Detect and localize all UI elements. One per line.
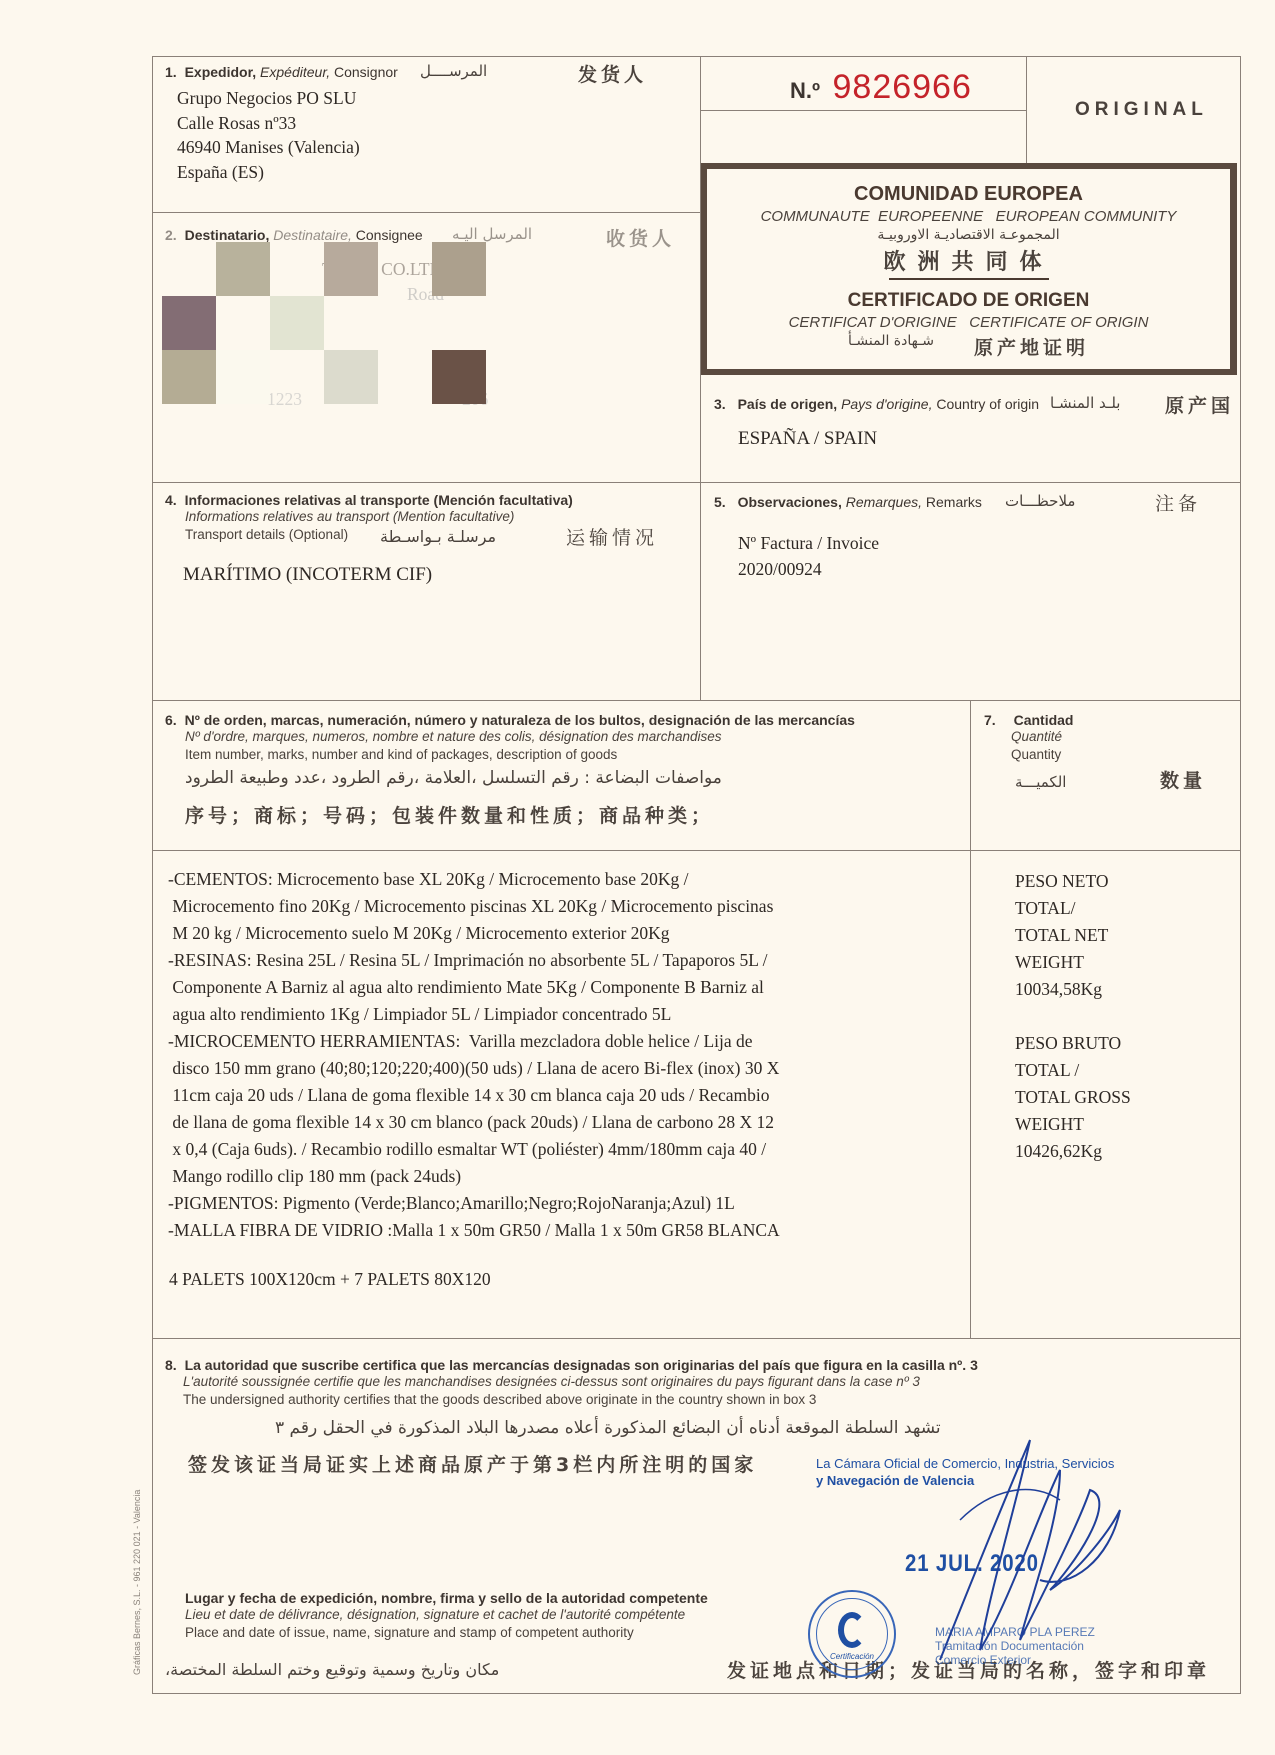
box4-label-es: Informaciones relativas al transporte (M…: [185, 492, 573, 508]
box6-label-zh: 序号；商标；号码；包装件数量和性质；商品种类；: [185, 801, 714, 828]
box8-label-en: The undersigned authority certifies that…: [183, 1392, 816, 1407]
seal: Certificación: [808, 1590, 896, 1678]
goods-line: -MICROCEMENTO HERRAMIENTAS: Varilla mezc…: [168, 1028, 780, 1055]
box2-label-ar: المرسل اليـه: [452, 225, 532, 243]
consignee-redacted: Trading CO.LTD Road 1223 206: [162, 242, 492, 406]
remarks: Nº Factura / Invoice 2020/00924: [738, 530, 879, 582]
gross-weight-line: TOTAL /: [1015, 1057, 1131, 1084]
box4-label-en: Transport details (Optional): [185, 527, 348, 542]
place-label-fr: Lieu et date de délivrance, désignation,…: [185, 1607, 685, 1622]
eu-header-box: COMUNIDAD EUROPEA COMMUNAUTE EUROPEENNE …: [701, 163, 1237, 375]
box5-label-es: Observaciones,: [738, 494, 842, 510]
packages: 4 PALETS 100X120cm + 7 PALETS 80X120: [168, 1266, 780, 1293]
box4-number: 4.: [165, 492, 177, 508]
goods-line: -MALLA FIBRA DE VIDRIO :Malla 1 x 50m GR…: [168, 1217, 780, 1244]
box3-label-fr: Pays d'origine,: [841, 396, 932, 412]
seal-text: Certificación: [810, 1652, 894, 1661]
gross-weight-line: PESO BRUTO: [1015, 1030, 1131, 1057]
box2-label: 2. Destinatario, Destinataire, Consignee: [165, 227, 423, 243]
box1-label-zh: 发货人: [578, 60, 647, 87]
eu-title-zh: 欧洲共同体: [707, 245, 1230, 276]
goods-line: M 20 kg / Microcemento suelo M 20Kg / Mi…: [168, 920, 780, 947]
box2-label-zh: 收货人: [606, 224, 675, 251]
gross-weight-line: WEIGHT: [1015, 1111, 1131, 1138]
doc-title-ar: شـهادة المنشـأ: [848, 333, 934, 360]
number-label: N.º: [790, 78, 820, 103]
net-weight-line: TOTAL/: [1015, 895, 1109, 922]
goods-line: de llana de goma flexible 14 x 30 cm bla…: [168, 1109, 780, 1136]
box7-label-ar: الكميـــة: [1015, 773, 1066, 791]
box8-label-es: La autoridad que suscribe certifica que …: [185, 1357, 978, 1373]
signature: [920, 1430, 1140, 1670]
goods-description: -CEMENTOS: Microcemento base XL 20Kg / M…: [168, 866, 780, 1293]
box7-number: 7.: [984, 712, 996, 728]
consignor-line: 46940 Manises (Valencia): [177, 135, 360, 160]
net-weight-line: PESO NETO: [1015, 868, 1109, 895]
goods-line: -RESINAS: Resina 25L / Resina 5L / Impri…: [168, 947, 780, 974]
box5-label-fr: Remarques,: [846, 494, 922, 510]
goods-line: -PIGMENTOS: Pigmento (Verde;Blanco;Amari…: [168, 1190, 780, 1217]
box6-label-fr: Nº d'ordre, marques, numeros, nombre et …: [185, 729, 722, 744]
box3-label-en: Country of origin: [936, 396, 1039, 412]
consignor-line: Grupo Negocios PO SLU: [177, 86, 360, 111]
country-of-origin: ESPAÑA / SPAIN: [738, 428, 877, 450]
box6-number: 6.: [165, 712, 177, 728]
box4-label: 4. Informaciones relativas al transporte…: [165, 492, 573, 544]
certificate-number: N.º 9826966: [790, 68, 972, 107]
consignee-fragment: 1223: [267, 389, 302, 410]
consignor-line: Calle Rosas nº33: [177, 111, 360, 136]
box8-number: 8.: [165, 1357, 177, 1373]
number-value: 9826966: [833, 68, 972, 106]
box1-label: 1. Expedidor, Expéditeur, Consignor: [165, 64, 398, 80]
goods-line: agua alto rendimiento 1Kg / Limpiador 5L…: [168, 1001, 780, 1028]
box2-label-fr: Destinataire,: [273, 227, 352, 243]
box8-label-zh: 签发该证当局证实上述商品原产于第3栏内所注明的国家: [188, 1450, 757, 1477]
box6-label-ar: مواصفات البضاعة : رقم التسلسل ،العلامة ،…: [185, 768, 965, 788]
box2-label-es: Destinatario,: [185, 227, 270, 243]
box2-number: 2.: [165, 227, 177, 243]
box7-label-es: Cantidad: [1014, 712, 1074, 728]
remark-line: 2020/00924: [738, 556, 879, 582]
remark-line: Nº Factura / Invoice: [738, 530, 879, 556]
box7-label: 7. Cantidad Quantité Quantity: [984, 712, 1073, 764]
box7-label-fr: Quantité: [1011, 729, 1062, 744]
net-weight-value: 10034,58Kg: [1015, 976, 1109, 1003]
box4-label-zh: 运输情况: [566, 523, 658, 550]
doc-title-zh: 原产地证明: [974, 333, 1089, 360]
net-weight: PESO NETO TOTAL/ TOTAL NET WEIGHT 10034,…: [1015, 868, 1109, 1003]
box3-label-ar: بلـد المنشـا: [1050, 394, 1120, 412]
box2-label-en: Consignee: [356, 227, 423, 243]
goods-line: disco 150 mm grano (40;80;120;220;400)(5…: [168, 1055, 780, 1082]
consignor-address: Grupo Negocios PO SLU Calle Rosas nº33 4…: [177, 86, 360, 184]
copy-type: ORIGINAL: [1075, 99, 1208, 121]
box5-number: 5.: [714, 494, 726, 510]
place-label-ar: مكان وتاريخ وسمية وتوقيع وختم السلطة الم…: [165, 1660, 735, 1679]
net-weight-line: TOTAL NET: [1015, 922, 1109, 949]
printer-note: Gráficas Bernes, S.L. - 961 220 021 - Va…: [132, 1490, 142, 1675]
net-weight-line: WEIGHT: [1015, 949, 1109, 976]
box6-label: 6. Nº de orden, marcas, numeración, núme…: [165, 712, 855, 764]
box1-label-en: Consignor: [334, 64, 398, 80]
box5-label-en: Remarks: [926, 494, 982, 510]
place-label-en: Place and date of issue, name, signature…: [185, 1625, 634, 1640]
doc-title-es: CERTIFICADO DE ORIGEN: [707, 290, 1230, 312]
gross-weight: PESO BRUTO TOTAL / TOTAL GROSS WEIGHT 10…: [1015, 1030, 1131, 1165]
eu-title-ar: المجموعـة الاقتصاديـة الاوروبيـة: [707, 227, 1230, 243]
box3-label: 3. País de origen, Pays d'origine, Count…: [714, 396, 1039, 412]
box3-label-zh: 原产国: [1165, 391, 1234, 418]
box7-label-en: Quantity: [1011, 747, 1061, 762]
goods-line: Microcemento fino 20Kg / Microcemento pi…: [168, 893, 780, 920]
consignor-line: España (ES): [177, 160, 360, 185]
box5-label: 5. Observaciones, Remarques, Remarks: [714, 494, 982, 510]
box7-label-zh: 数量: [1160, 766, 1206, 793]
eu-title-es: COMUNIDAD EUROPEA: [707, 183, 1230, 206]
seal-c-icon: [838, 1612, 866, 1648]
place-date-label: Lugar y fecha de expedición, nombre, fir…: [185, 1590, 708, 1642]
goods-line: x 0,4 (Caja 6uds). / Recambio rodillo es…: [168, 1136, 780, 1163]
box4-label-ar: مرسلـة بـواسـطة: [380, 527, 496, 546]
box5-label-zh: 注备: [1155, 489, 1201, 516]
eu-title-fr-en: COMMUNAUTE EUROPEENNE EUROPEAN COMMUNITY: [707, 208, 1230, 225]
box6-label-es: Nº de orden, marcas, numeración, número …: [185, 712, 855, 728]
box3-label-es: País de origen,: [738, 396, 838, 412]
box8-label: 8. La autoridad que suscribe certifica q…: [165, 1357, 978, 1409]
box4-label-fr: Informations relatives au transport (Men…: [185, 509, 514, 524]
place-label-es: Lugar y fecha de expedición, nombre, fir…: [185, 1590, 708, 1606]
gross-weight-line: TOTAL GROSS: [1015, 1084, 1131, 1111]
goods-line: 11cm caja 20 uds / Llana de goma flexibl…: [168, 1082, 780, 1109]
box6-label-en: Item number, marks, number and kind of p…: [185, 747, 617, 762]
box1-number: 1.: [165, 64, 177, 80]
box1-label-fr: Expéditeur,: [260, 64, 330, 80]
goods-line: Componente A Barniz al agua alto rendimi…: [168, 974, 780, 1001]
box1-label-es: Expedidor,: [185, 64, 257, 80]
doc-title-fr-en: CERTIFICAT D'ORIGINE CERTIFICATE OF ORIG…: [707, 314, 1230, 331]
transport-details: MARÍTIMO (INCOTERM CIF): [183, 564, 432, 586]
box1-label-ar: المرســــل: [420, 62, 487, 80]
box8-label-fr: L'autorité soussignée certifie que les m…: [183, 1374, 920, 1389]
box3-number: 3.: [714, 396, 726, 412]
gross-weight-value: 10426,62Kg: [1015, 1138, 1131, 1165]
goods-line: Mango rodillo clip 180 mm (pack 24uds): [168, 1163, 780, 1190]
box5-label-ar: ملاحظـــات: [1005, 492, 1075, 510]
goods-line: -CEMENTOS: Microcemento base XL 20Kg / M…: [168, 866, 780, 893]
